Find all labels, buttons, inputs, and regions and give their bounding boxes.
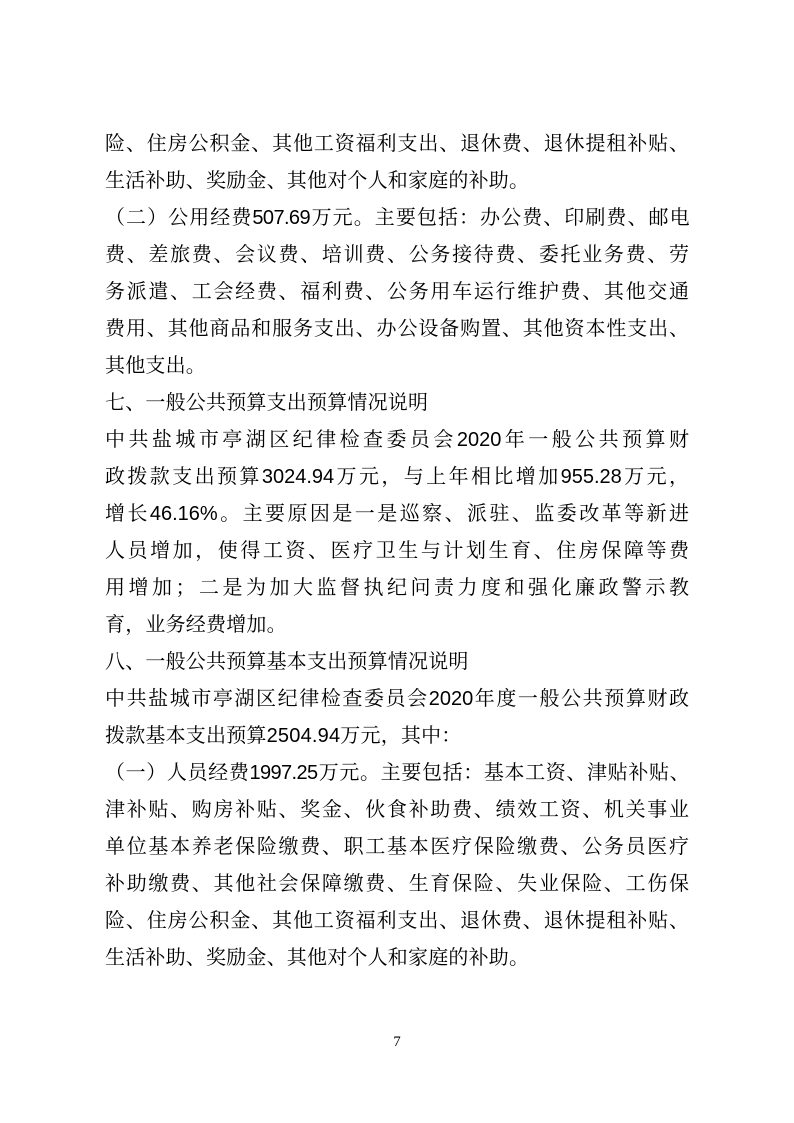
document-text-line: 中共盐城市亭湖区纪律检查委员会2020年一般公共预算财 (105, 422, 689, 459)
document-text-line: （二）公用经费507.69万元。主要包括：办公费、印刷费、邮电 (105, 200, 689, 237)
document-text-line: 八、一般公共预算基本支出预算情况说明 (105, 644, 689, 681)
page-number: 7 (0, 1032, 794, 1052)
document-text-line: 七、一般公共预算支出预算情况说明 (105, 385, 689, 422)
document-text-line: 单位基本养老保险缴费、职工基本医疗保险缴费、公务员医疗 (105, 829, 689, 866)
document-text-line: 中共盐城市亭湖区纪律检查委员会2020年度一般公共预算财政 (105, 681, 689, 718)
document-text-line: （一）人员经费1997.25万元。主要包括：基本工资、津贴补贴、 (105, 755, 689, 792)
document-text-line: 政拨款支出预算3024.94万元，与上年相比增加955.28万元， (105, 459, 689, 496)
document-text-line: 育，业务经费增加。 (105, 607, 689, 644)
document-text-line: 生活补助、奖励金、其他对个人和家庭的补助。 (105, 940, 689, 977)
document-text-line: 用增加；二是为加大监督执纪问责力度和强化廉政警示教 (105, 570, 689, 607)
document-text-line: 人员增加，使得工资、医疗卫生与计划生育、住房保障等费 (105, 533, 689, 570)
document-body: 险、住房公积金、其他工资福利支出、退休费、退休提租补贴、生活补助、奖励金、其他对… (105, 126, 689, 977)
document-text-line: 险、住房公积金、其他工资福利支出、退休费、退休提租补贴、 (105, 903, 689, 940)
document-text-line: 生活补助、奖励金、其他对个人和家庭的补助。 (105, 163, 689, 200)
document-text-line: 费、差旅费、会议费、培训费、公务接待费、委托业务费、劳 (105, 237, 689, 274)
document-text-line: 增长46.16%。主要原因是一是巡察、派驻、监委改革等新进 (105, 496, 689, 533)
document-text-line: 务派遣、工会经费、福利费、公务用车运行维护费、其他交通 (105, 274, 689, 311)
document-page: 险、住房公积金、其他工资福利支出、退休费、退休提租补贴、生活补助、奖励金、其他对… (0, 0, 794, 1123)
document-text-line: 费用、其他商品和服务支出、办公设备购置、其他资本性支出、 (105, 311, 689, 348)
document-text-line: 拨款基本支出预算2504.94万元，其中： (105, 718, 689, 755)
document-text-line: 津补贴、购房补贴、奖金、伙食补助费、绩效工资、机关事业 (105, 792, 689, 829)
document-text-line: 险、住房公积金、其他工资福利支出、退休费、退休提租补贴、 (105, 126, 689, 163)
document-text-line: 补助缴费、其他社会保障缴费、生育保险、失业保险、工伤保 (105, 866, 689, 903)
document-text-line: 其他支出。 (105, 348, 689, 385)
